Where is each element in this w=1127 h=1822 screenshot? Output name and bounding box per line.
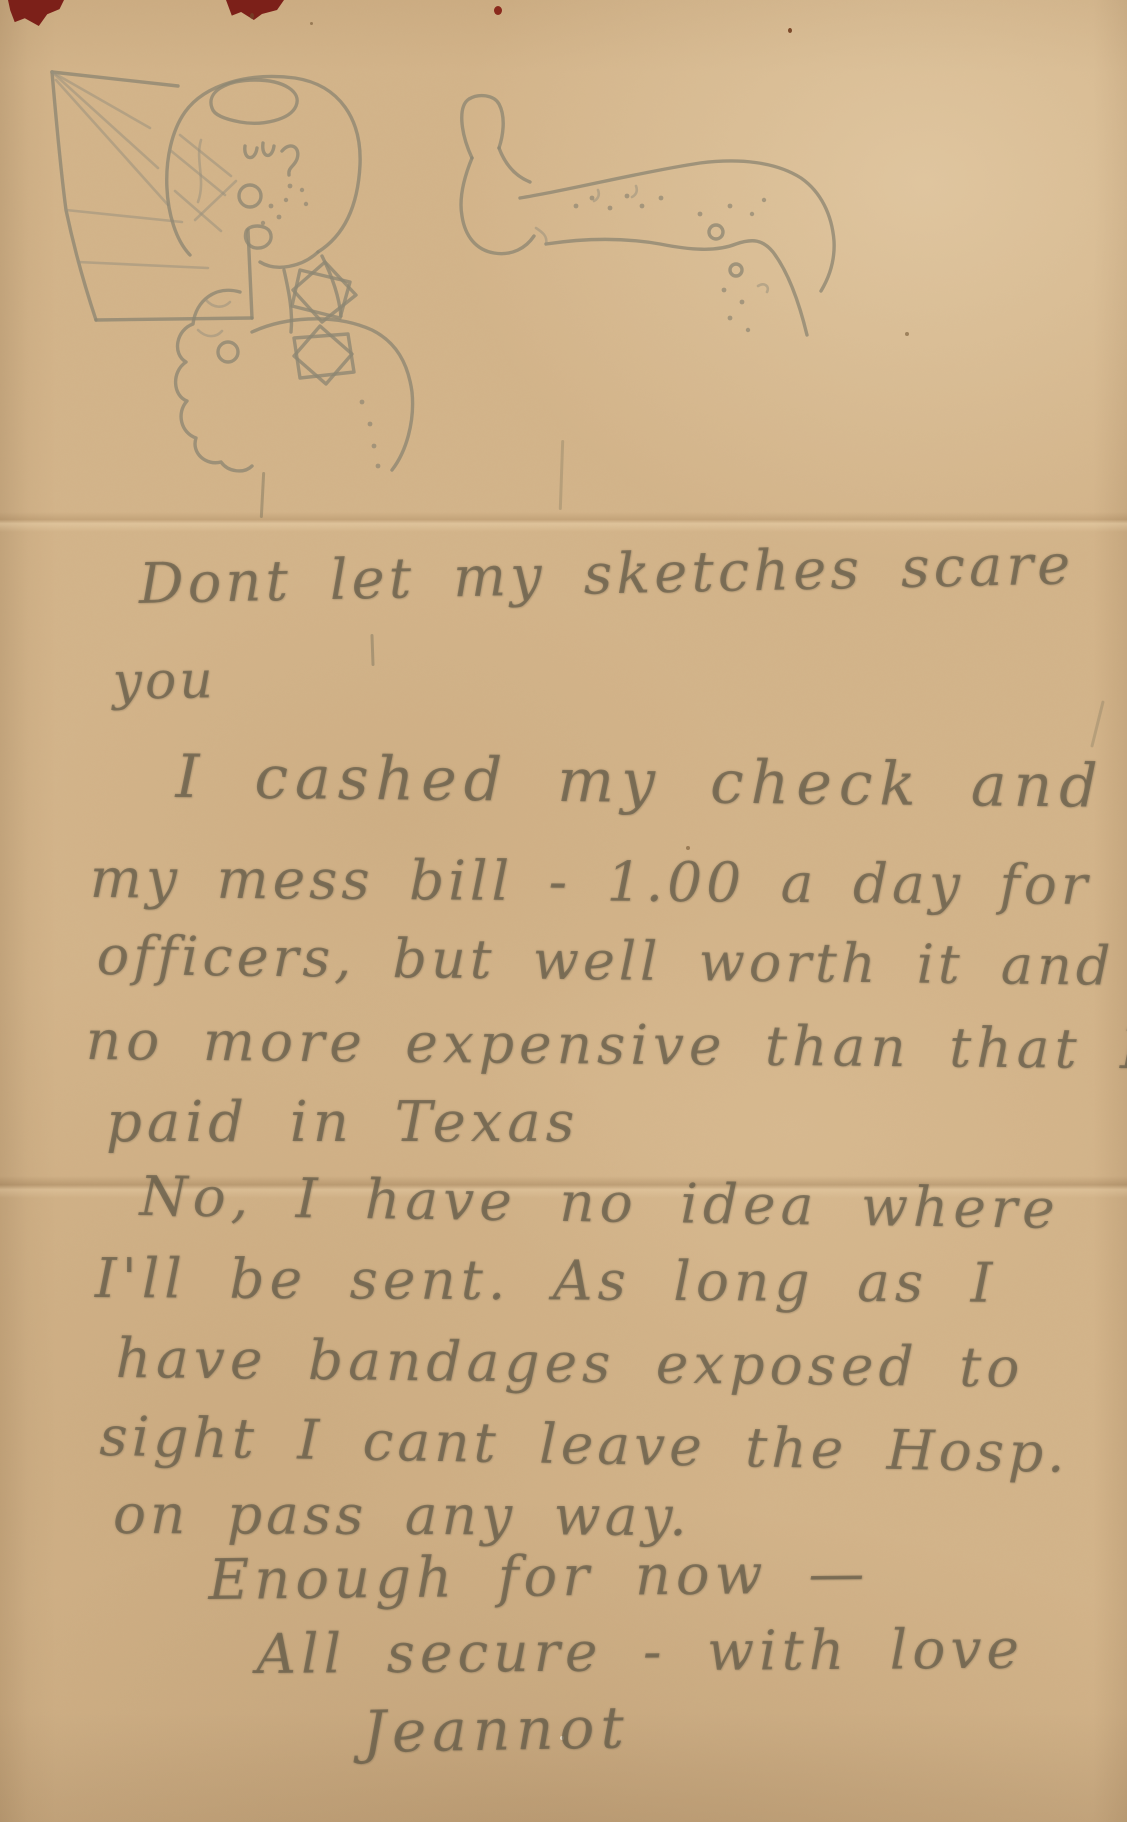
paper-speck	[905, 332, 909, 336]
pencil-sketch-layer	[0, 0, 1127, 480]
stray-pencil-mark	[1090, 700, 1105, 747]
letter-page: { "document": { "kind": "handwritten pen…	[0, 0, 1127, 1822]
paper-speck	[310, 22, 313, 25]
red-ink-remnant	[226, 0, 284, 20]
stray-pencil-mark	[260, 472, 265, 518]
pillow-sketch	[52, 72, 252, 320]
paper-speck	[250, 13, 254, 19]
letter-line: my mess bill - 1.00 a day for	[90, 846, 1092, 917]
letter-line: officers, but well worth it and	[96, 924, 1114, 998]
letter-line: have bandages exposed to	[115, 1326, 1024, 1400]
letter-line: All secure - with love	[256, 1617, 1024, 1686]
letter-line: I cashed my check and paid	[175, 742, 1127, 824]
letter-line: sight I cant leave the Hosp.	[99, 1404, 1069, 1485]
bandaged-head-sketch	[167, 76, 360, 267]
red-ink-remnant	[8, 0, 64, 26]
vertical-crease-mark	[559, 440, 564, 510]
paper-fleck	[788, 28, 792, 33]
patched-shoulder-sketch	[176, 256, 413, 471]
letter-line: paid in Texas	[106, 1090, 579, 1155]
letter-line: Enough for now —	[208, 1541, 870, 1613]
stray-pencil-mark	[370, 634, 374, 666]
letter-line: you	[112, 650, 216, 712]
red-ink-speck	[494, 6, 502, 15]
wounded-leg-sketch	[461, 96, 834, 335]
letter-line: no more expensive than that I	[85, 1008, 1127, 1081]
letter-line: on pass any way.	[113, 1482, 691, 1548]
letter-line: I'll be sent. As long as I	[95, 1246, 998, 1315]
letter-line: No, I have no idea where	[139, 1164, 1060, 1241]
fold-crease-top	[0, 512, 1127, 532]
letter-line: Dont let my sketches scare	[138, 532, 1075, 617]
letter-line: Jeannot	[362, 1693, 630, 1766]
